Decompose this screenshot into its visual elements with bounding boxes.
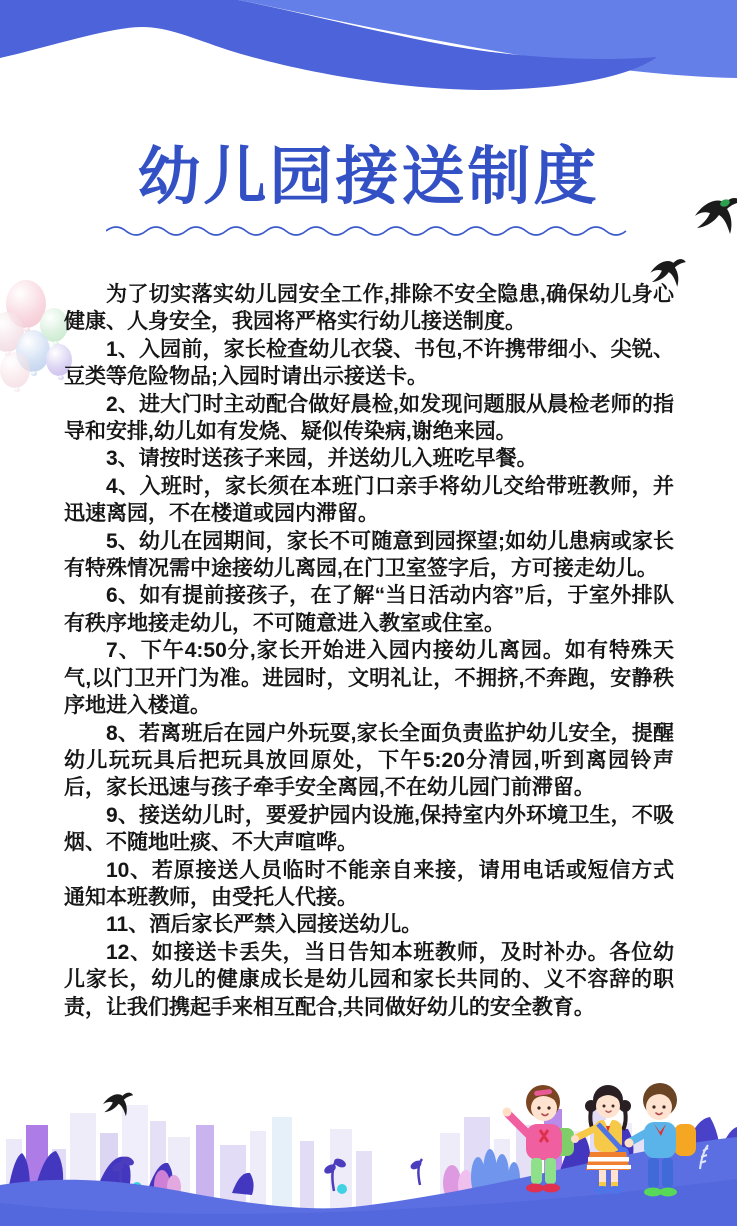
rule-paragraph: 2、进大门时主动配合做好晨检,如发现问题服从晨检老师的指导和安排,幼儿如有发烧、… bbox=[64, 391, 674, 446]
rule-paragraph: 7、下午4:50分,家长开始进入园内接幼儿离园。如有特殊天气,以门卫开门为准。进… bbox=[64, 637, 674, 719]
page-title: 幼儿园接送制度 bbox=[0, 126, 737, 217]
rule-paragraph: 10、若原接送人员临时不能亲自来接，请用电话或短信方式通知本班教师，由受托人代接… bbox=[64, 857, 674, 912]
header-wave-decoration bbox=[0, 0, 737, 120]
rule-paragraph: 9、接送幼儿时，要爱护园内设施,保持室内外环境卫生，不吸烟、不随地吐痰、不大声喧… bbox=[64, 802, 674, 857]
rule-paragraph: 1、入园前，家长检查幼儿衣袋、书包,不许携带细小、尖锐、豆类等危险物品;入园时请… bbox=[64, 336, 674, 391]
rule-paragraph: 4、入班时，家长须在本班门口亲手将幼儿交给带班教师，并迅速离园，不在楼道或园内滞… bbox=[64, 473, 674, 528]
swallow-icon bbox=[100, 1090, 136, 1124]
rule-paragraph: 为了切实落实幼儿园安全工作,排除不安全隐患,确保幼儿身心健康、人身安全，我园将严… bbox=[64, 281, 674, 336]
rule-paragraph: 12、如接送卡丢失，当日告知本班教师，及时补办。各位幼儿家长，幼儿的健康成长是幼… bbox=[64, 939, 674, 1021]
rule-paragraph: 8、若离班后在园户外玩耍,家长全面负责监护幼儿安全，提醒幼儿玩玩具后把玩具放回原… bbox=[64, 720, 674, 802]
rule-paragraph: 3、请按时送孩子来园，并送幼儿入班吃早餐。 bbox=[64, 445, 674, 472]
kid-boy-blue bbox=[625, 1083, 697, 1197]
balloon-icon bbox=[0, 352, 30, 388]
rules-text-block: 为了切实落实幼儿园安全工作,排除不安全隐患,确保幼儿身心健康、人身安全，我园将严… bbox=[64, 281, 674, 1021]
wavy-divider bbox=[106, 222, 632, 238]
rule-paragraph: 5、幼儿在园期间，家长不可随意到园探望;如幼儿患病或家长有特殊情况需中途接幼儿离… bbox=[64, 528, 674, 583]
poster-page: 幼儿园接送制度 为了切实落实幼儿园安全工作,排除不安全隐患,确保幼儿身心健康、人… bbox=[0, 0, 737, 1226]
rule-paragraph: 11、酒后家长严禁入园接送幼儿。 bbox=[64, 911, 674, 938]
rule-paragraph: 6、如有提前接孩子，在了解“当日活动内容”后，于室外排队有秩序地接走幼儿，不可随… bbox=[64, 582, 674, 637]
kids-illustration bbox=[498, 1078, 718, 1218]
swallow-icon bbox=[694, 194, 737, 246]
kid-girl-pink bbox=[503, 1085, 575, 1193]
kid-girl-yellow bbox=[571, 1085, 631, 1194]
